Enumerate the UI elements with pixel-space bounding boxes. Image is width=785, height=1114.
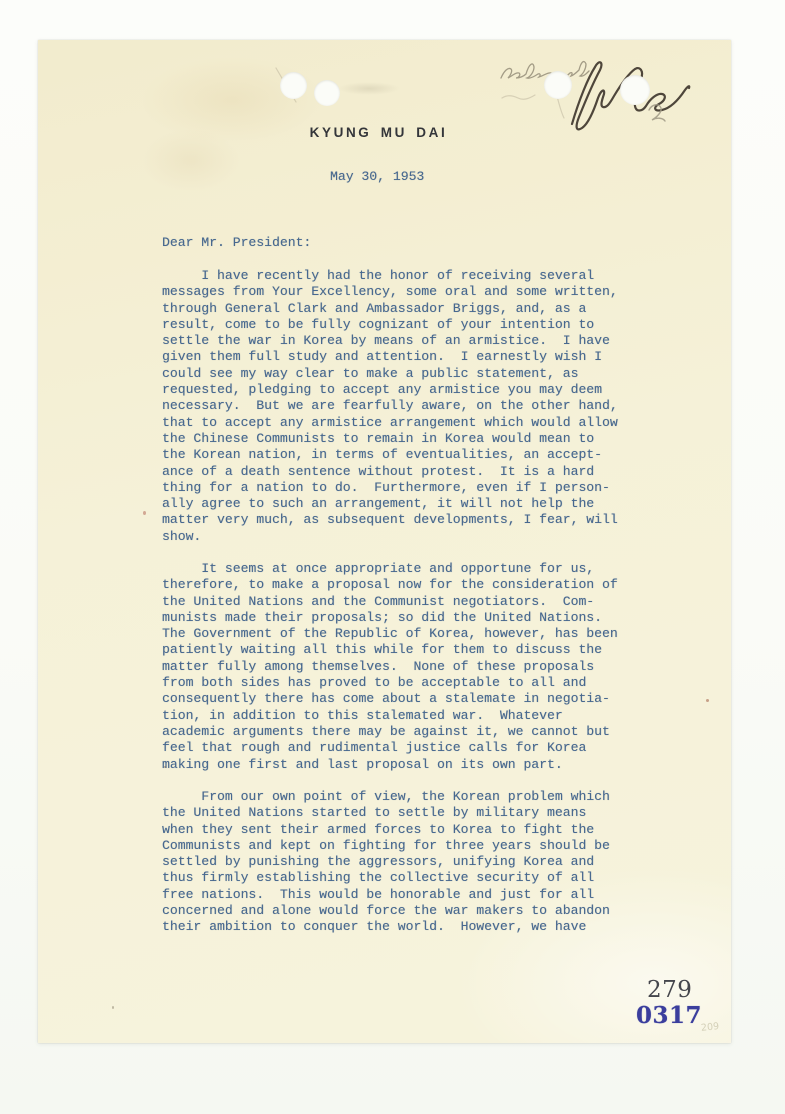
punch-hole (544, 71, 572, 99)
archive-number-stamp: 0317 (636, 1003, 702, 1028)
punch-hole (314, 80, 340, 106)
paper-speck (164, 766, 166, 768)
letter-page: KYUNG MU DAI May 30, 1953 Dear Mr. Presi… (38, 40, 731, 1043)
paper-speck (706, 699, 709, 702)
faint-number: 209 (700, 1021, 719, 1034)
handwritten-released-note (501, 62, 589, 79)
paper-speck (112, 1006, 114, 1009)
scan-background: KYUNG MU DAI May 30, 1953 Dear Mr. Presi… (0, 0, 785, 1114)
paper-speck (143, 511, 146, 515)
handwritten-annotations (38, 40, 731, 1043)
punch-hole (280, 72, 307, 99)
handwritten-numeral (649, 105, 665, 121)
page-number-stamp: 279 (647, 978, 692, 1002)
punch-hole (620, 75, 650, 105)
